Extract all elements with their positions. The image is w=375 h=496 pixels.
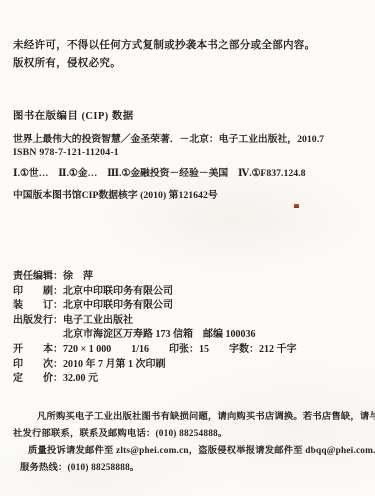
footer-line-1: 凡所购买电子工业出版社图书有缺损问题，请向购买书店调换。若书店售缺，请与本 — [13, 409, 370, 426]
cip-record-number: 中国版本图书馆CIP数据核字 (2010) 第121642号 — [13, 187, 371, 201]
copyright-notice-line-1: 未经许可，不得以任何方式复制或抄袭本书之部分或全部内容。 — [13, 37, 367, 55]
colophon-row-editor: 责任编辑： 徐 萍 — [13, 270, 371, 285]
colophon-row-address: 北京市海淀区万寿路 173 信箱 邮编 100036 — [13, 328, 371, 343]
footer-line-2: 社发行部联系，联系及邮购电话：(010) 88254888。 — [13, 426, 370, 443]
cip-classification: Ⅰ.①世… Ⅱ.①金… Ⅲ.①金融投资－经验－美国 Ⅳ.①F837.124.8 — [13, 165, 371, 179]
colophon-value: 徐 萍 — [63, 270, 371, 285]
colophon-row-binder: 装 订： 北京中印联印务有限公司 — [13, 299, 371, 314]
colophon-row-format: 开 本： 720 × 1 000 1/16 印张：15 字数：212 千字 — [13, 343, 371, 358]
footer-notice: 凡所购买电子工业出版社图书有缺损问题，请向购买书店调换。若书店售缺，请与本 社发… — [13, 409, 370, 477]
colophon-label: 印 次： — [13, 358, 63, 373]
colophon-label: 装 订： — [13, 299, 63, 314]
scan-speck — [294, 204, 299, 208]
colophon-value: 电子工业出版社 — [63, 314, 371, 329]
colophon-label: 印 刷： — [13, 285, 63, 300]
cip-isbn: ISBN 978-7-121-11204-1 — [13, 147, 371, 158]
colophon-value: 32.00 元 — [63, 372, 371, 387]
footer-line-4: 服务热线：(010) 88258888。 — [13, 460, 370, 477]
colophon-label: 责任编辑： — [13, 270, 63, 285]
colophon-row-publisher: 出版发行： 电子工业出版社 — [13, 314, 371, 329]
colophon-value: 北京市海淀区万寿路 173 信箱 邮编 100036 — [63, 328, 371, 343]
copyright-notice: 未经许可，不得以任何方式复制或抄袭本书之部分或全部内容。 版权所有，侵权必究。 — [13, 37, 367, 72]
copyright-page: 未经许可，不得以任何方式复制或抄袭本书之部分或全部内容。 版权所有，侵权必究。 … — [0, 0, 375, 496]
colophon-block: 责任编辑： 徐 萍 印 刷： 北京中印联印务有限公司 装 订： 北京中印联印务有… — [13, 270, 371, 387]
colophon-label: 出版发行： — [13, 314, 63, 329]
copyright-notice-line-2: 版权所有，侵权必究。 — [13, 55, 367, 73]
colophon-value: 2010 年 7 月第 1 次印刷 — [63, 358, 371, 373]
colophon-row-impression: 印 次： 2010 年 7 月第 1 次印刷 — [13, 358, 371, 373]
colophon-row-printer: 印 刷： 北京中印联印务有限公司 — [13, 285, 371, 300]
colophon-label: 开 本： — [13, 343, 63, 358]
colophon-value: 北京中印联印务有限公司 — [63, 285, 371, 300]
cip-heading: 图书在版编目 (CIP) 数据 — [13, 107, 371, 122]
colophon-value: 720 × 1 000 1/16 印张：15 字数：212 千字 — [63, 343, 371, 358]
colophon-row-price: 定 价： 32.00 元 — [13, 372, 371, 387]
colophon-value: 北京中印联印务有限公司 — [63, 299, 371, 314]
colophon-label — [13, 328, 63, 343]
colophon-label: 定 价： — [13, 372, 63, 387]
cip-title-line: 世界上最伟大的投资智慧／金圣荣著．－北京：电子工业出版社，2010.7 — [13, 131, 371, 145]
footer-line-3: 质量投诉请发邮件至 zlts@phei.com.cn，盗版侵权举报请发邮件至 d… — [13, 443, 370, 460]
